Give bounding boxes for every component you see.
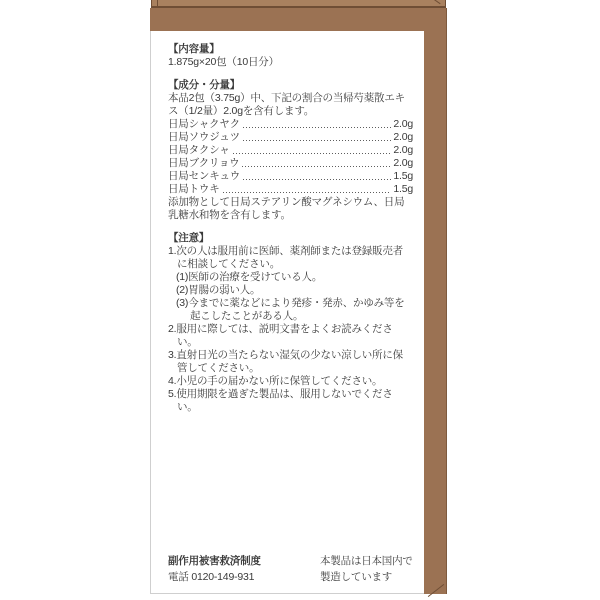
precaution-subitem: (1)医師の治療を受けている人。 xyxy=(176,271,413,284)
ingredients-intro: 本品2包（3.75g）中、下記の割合の当帰芍薬散エキス（1/2量）2.0gを含有… xyxy=(168,92,413,118)
dot-leader xyxy=(243,140,391,141)
ingredient-name: 日局トウキ xyxy=(168,183,220,196)
medicine-package-side-panel: 【内容量】 1.875g×20包（10日分） 【成分・分量】 本品2包（3.75… xyxy=(150,0,447,595)
label-footer: 副作用被害救済制度 電話 0120-149-931 本製品は日本国内で 製造して… xyxy=(168,553,413,585)
ingredient-row: 日局トウキ 1.5g xyxy=(168,183,413,196)
ingredient-row: 日局ブクリョウ 2.0g xyxy=(168,157,413,170)
ingredients-heading: 【成分・分量】 xyxy=(168,79,413,92)
ingredient-name: 日局ソウジュツ xyxy=(168,131,240,144)
made-in-japan-line2: 製造しています xyxy=(320,569,413,585)
product-image-canvas: 【内容量】 1.875g×20包（10日分） 【成分・分量】 本品2包（3.75… xyxy=(0,0,600,600)
made-in-japan-block: 本製品は日本国内で 製造しています xyxy=(320,553,413,585)
ingredient-amount: 2.0g xyxy=(393,118,413,131)
ingredient-name: 日局シャクヤク xyxy=(168,118,240,131)
precautions-heading: 【注意】 xyxy=(168,232,413,245)
precaution-item: 5.使用期限を過ぎた製品は、服用しないでください。 xyxy=(168,388,413,414)
box-bottom-fold-line xyxy=(428,584,444,597)
made-in-japan-line1: 本製品は日本国内で xyxy=(320,553,413,569)
section-contents: 【内容量】 1.875g×20包（10日分） xyxy=(168,43,413,69)
section-ingredients: 【成分・分量】 本品2包（3.75g）中、下記の割合の当帰芍薬散エキス（1/2量… xyxy=(168,79,413,222)
ingredient-row: 日局センキュウ 1.5g xyxy=(168,170,413,183)
ingredient-row: 日局ソウジュツ 2.0g xyxy=(168,131,413,144)
relief-program-title: 副作用被害救済制度 xyxy=(168,553,320,569)
section-precautions: 【注意】 1.次の人は服用前に医師、薬剤師または登録販売者に相談してください。 … xyxy=(168,232,413,414)
contents-value: 1.875g×20包（10日分） xyxy=(168,56,413,69)
ingredient-row: 日局シャクヤク 2.0g xyxy=(168,118,413,131)
ingredient-name: 日局センキュウ xyxy=(168,170,240,183)
dot-leader xyxy=(243,179,391,180)
ingredient-amount: 2.0g xyxy=(393,131,413,144)
ingredient-amount: 2.0g xyxy=(393,144,413,157)
box-corner-fold-line xyxy=(433,0,440,4)
label-panel: 【内容量】 1.875g×20包（10日分） 【成分・分量】 本品2包（3.75… xyxy=(150,31,424,594)
ingredient-amount: 2.0g xyxy=(393,157,413,170)
ingredient-row: 日局タクシャ 2.0g xyxy=(168,144,413,157)
additive-note: 添加物として日局ステアリン酸マグネシウム、日局乳糖水和物を含有します。 xyxy=(168,196,413,222)
ingredient-name: 日局ブクリョウ xyxy=(168,157,239,170)
relief-program-phone: 電話 0120-149-931 xyxy=(168,569,320,585)
ingredient-amount: 1.5g xyxy=(393,170,413,183)
precaution-item: 2.服用に際しては、説明文書をよくお読みください。 xyxy=(168,323,413,349)
relief-program-block: 副作用被害救済制度 電話 0120-149-931 xyxy=(168,553,320,585)
dot-leader xyxy=(233,153,392,154)
dot-leader xyxy=(223,192,392,193)
contents-heading: 【内容量】 xyxy=(168,43,413,56)
box-top-flap-edge xyxy=(151,0,446,8)
precaution-item: 3.直射日光の当たらない湿気の少ない涼しい所に保管してください。 xyxy=(168,349,413,375)
precaution-subitem: (3)今までに薬などにより発疹・発赤、かゆみ等を起こしたことがある人。 xyxy=(176,297,413,323)
dot-leader xyxy=(243,127,391,128)
ingredient-name: 日局タクシャ xyxy=(168,144,230,157)
precaution-item: 1.次の人は服用前に医師、薬剤師または登録販売者に相談してください。 xyxy=(168,245,413,271)
box-top-brown-band xyxy=(150,8,447,31)
box-flap-seam-line xyxy=(157,0,158,6)
precaution-item: 4.小児の手の届かない所に保管してください。 xyxy=(168,375,413,388)
ingredient-amount: 1.5g xyxy=(393,183,413,196)
precaution-subitem: (2)胃腸の弱い人。 xyxy=(176,284,413,297)
box-right-brown-edge xyxy=(424,8,447,594)
dot-leader xyxy=(242,166,391,167)
label-text-content: 【内容量】 1.875g×20包（10日分） 【成分・分量】 本品2包（3.75… xyxy=(151,31,424,414)
